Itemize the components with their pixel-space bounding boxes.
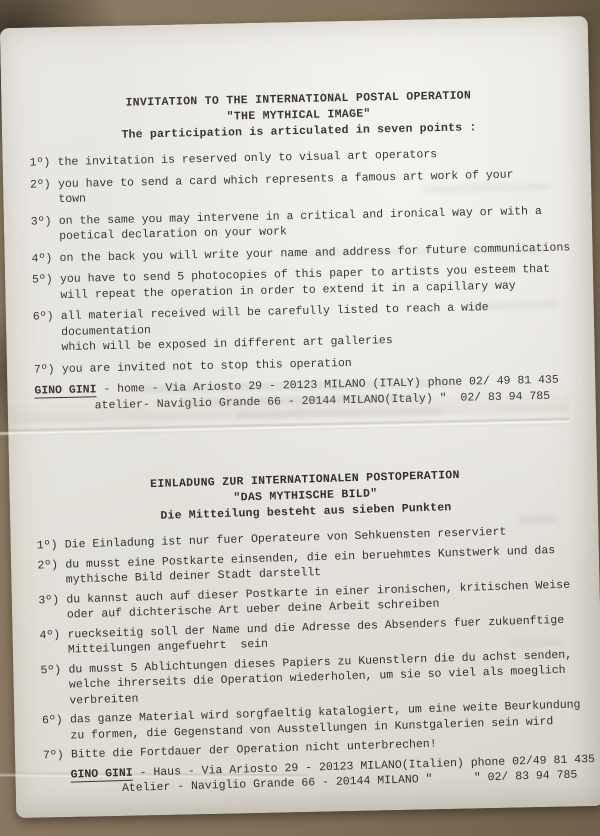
point-number: 2º) xyxy=(30,177,59,209)
point-number: 7º) xyxy=(34,362,62,378)
point-text: on the same you may intervene in a criti… xyxy=(59,203,572,245)
point-number: 5º) xyxy=(40,662,69,709)
point-number: 5º) xyxy=(32,272,61,304)
point-number: 3º) xyxy=(31,214,60,246)
photo-background: INVITATION TO THE INTERNATIONAL POSTAL O… xyxy=(0,0,600,836)
english-points-list: 1º)the invitation is reserved only to vi… xyxy=(29,144,574,377)
point-number: 7º) xyxy=(43,748,71,764)
contact-name: GINO GINI xyxy=(70,766,133,782)
german-section: EINLADUNG ZUR INTERNATIONALEN POSTOPERAT… xyxy=(35,464,584,798)
paper-sheet: INVITATION TO THE INTERNATIONAL POSTAL O… xyxy=(0,16,600,818)
point-number: 1º) xyxy=(37,538,65,554)
point-text: you have to send 5 photocopies of this p… xyxy=(60,261,573,303)
german-points-list: 1º)Die Einladung ist nur fuer Operateure… xyxy=(37,522,583,763)
point-number: 1º) xyxy=(29,155,57,171)
point-number: 4º) xyxy=(39,627,68,659)
list-item: 3º)on the same you may intervene in a cr… xyxy=(31,203,572,245)
point-number: 6º) xyxy=(33,309,62,356)
contact-name: GINO GINI xyxy=(34,383,96,398)
point-number: 6º) xyxy=(42,713,71,745)
list-item: 5º)you have to send 5 photocopies of thi… xyxy=(32,261,573,303)
point-number: 4º) xyxy=(31,251,59,267)
point-number: 3º) xyxy=(38,592,67,624)
point-number: 2º) xyxy=(37,557,66,589)
